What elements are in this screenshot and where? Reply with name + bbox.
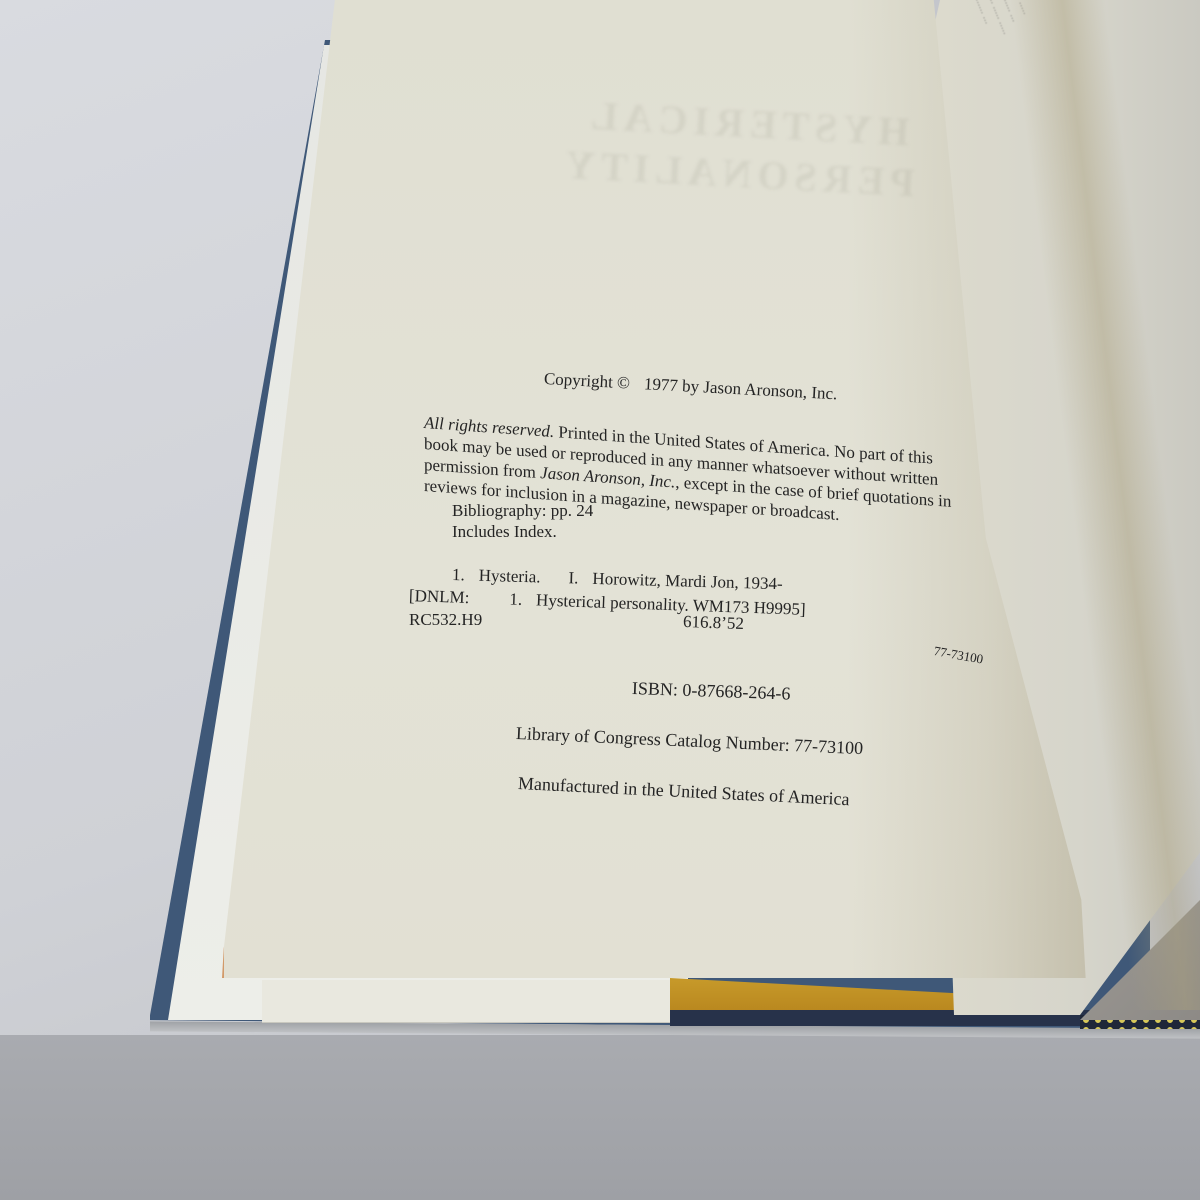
page-stack	[262, 980, 672, 1023]
book-photo-scene: The ···· ··· ····· ···· ·· ···· ····· ··…	[0, 0, 1200, 1200]
dewey-number: 616.8’52	[683, 611, 745, 634]
cip-added-entry: Horowitz, Mardi Jon, 1934-	[592, 569, 783, 593]
cip-number: 1.	[509, 590, 522, 609]
cip-subject: Hysteria.	[478, 566, 540, 587]
bibliography-note: Bibliography: pp. 24	[452, 500, 593, 521]
cip-number: 1.	[452, 565, 465, 584]
index-note: Includes Index.	[452, 521, 557, 542]
dnlm-label: [DNLM:	[409, 586, 470, 607]
table-surface	[0, 1035, 1200, 1200]
cip-number: I.	[568, 568, 578, 587]
copyright-label: Copyright ©	[544, 369, 631, 392]
lc-call-number: RC532.H9	[409, 609, 482, 630]
